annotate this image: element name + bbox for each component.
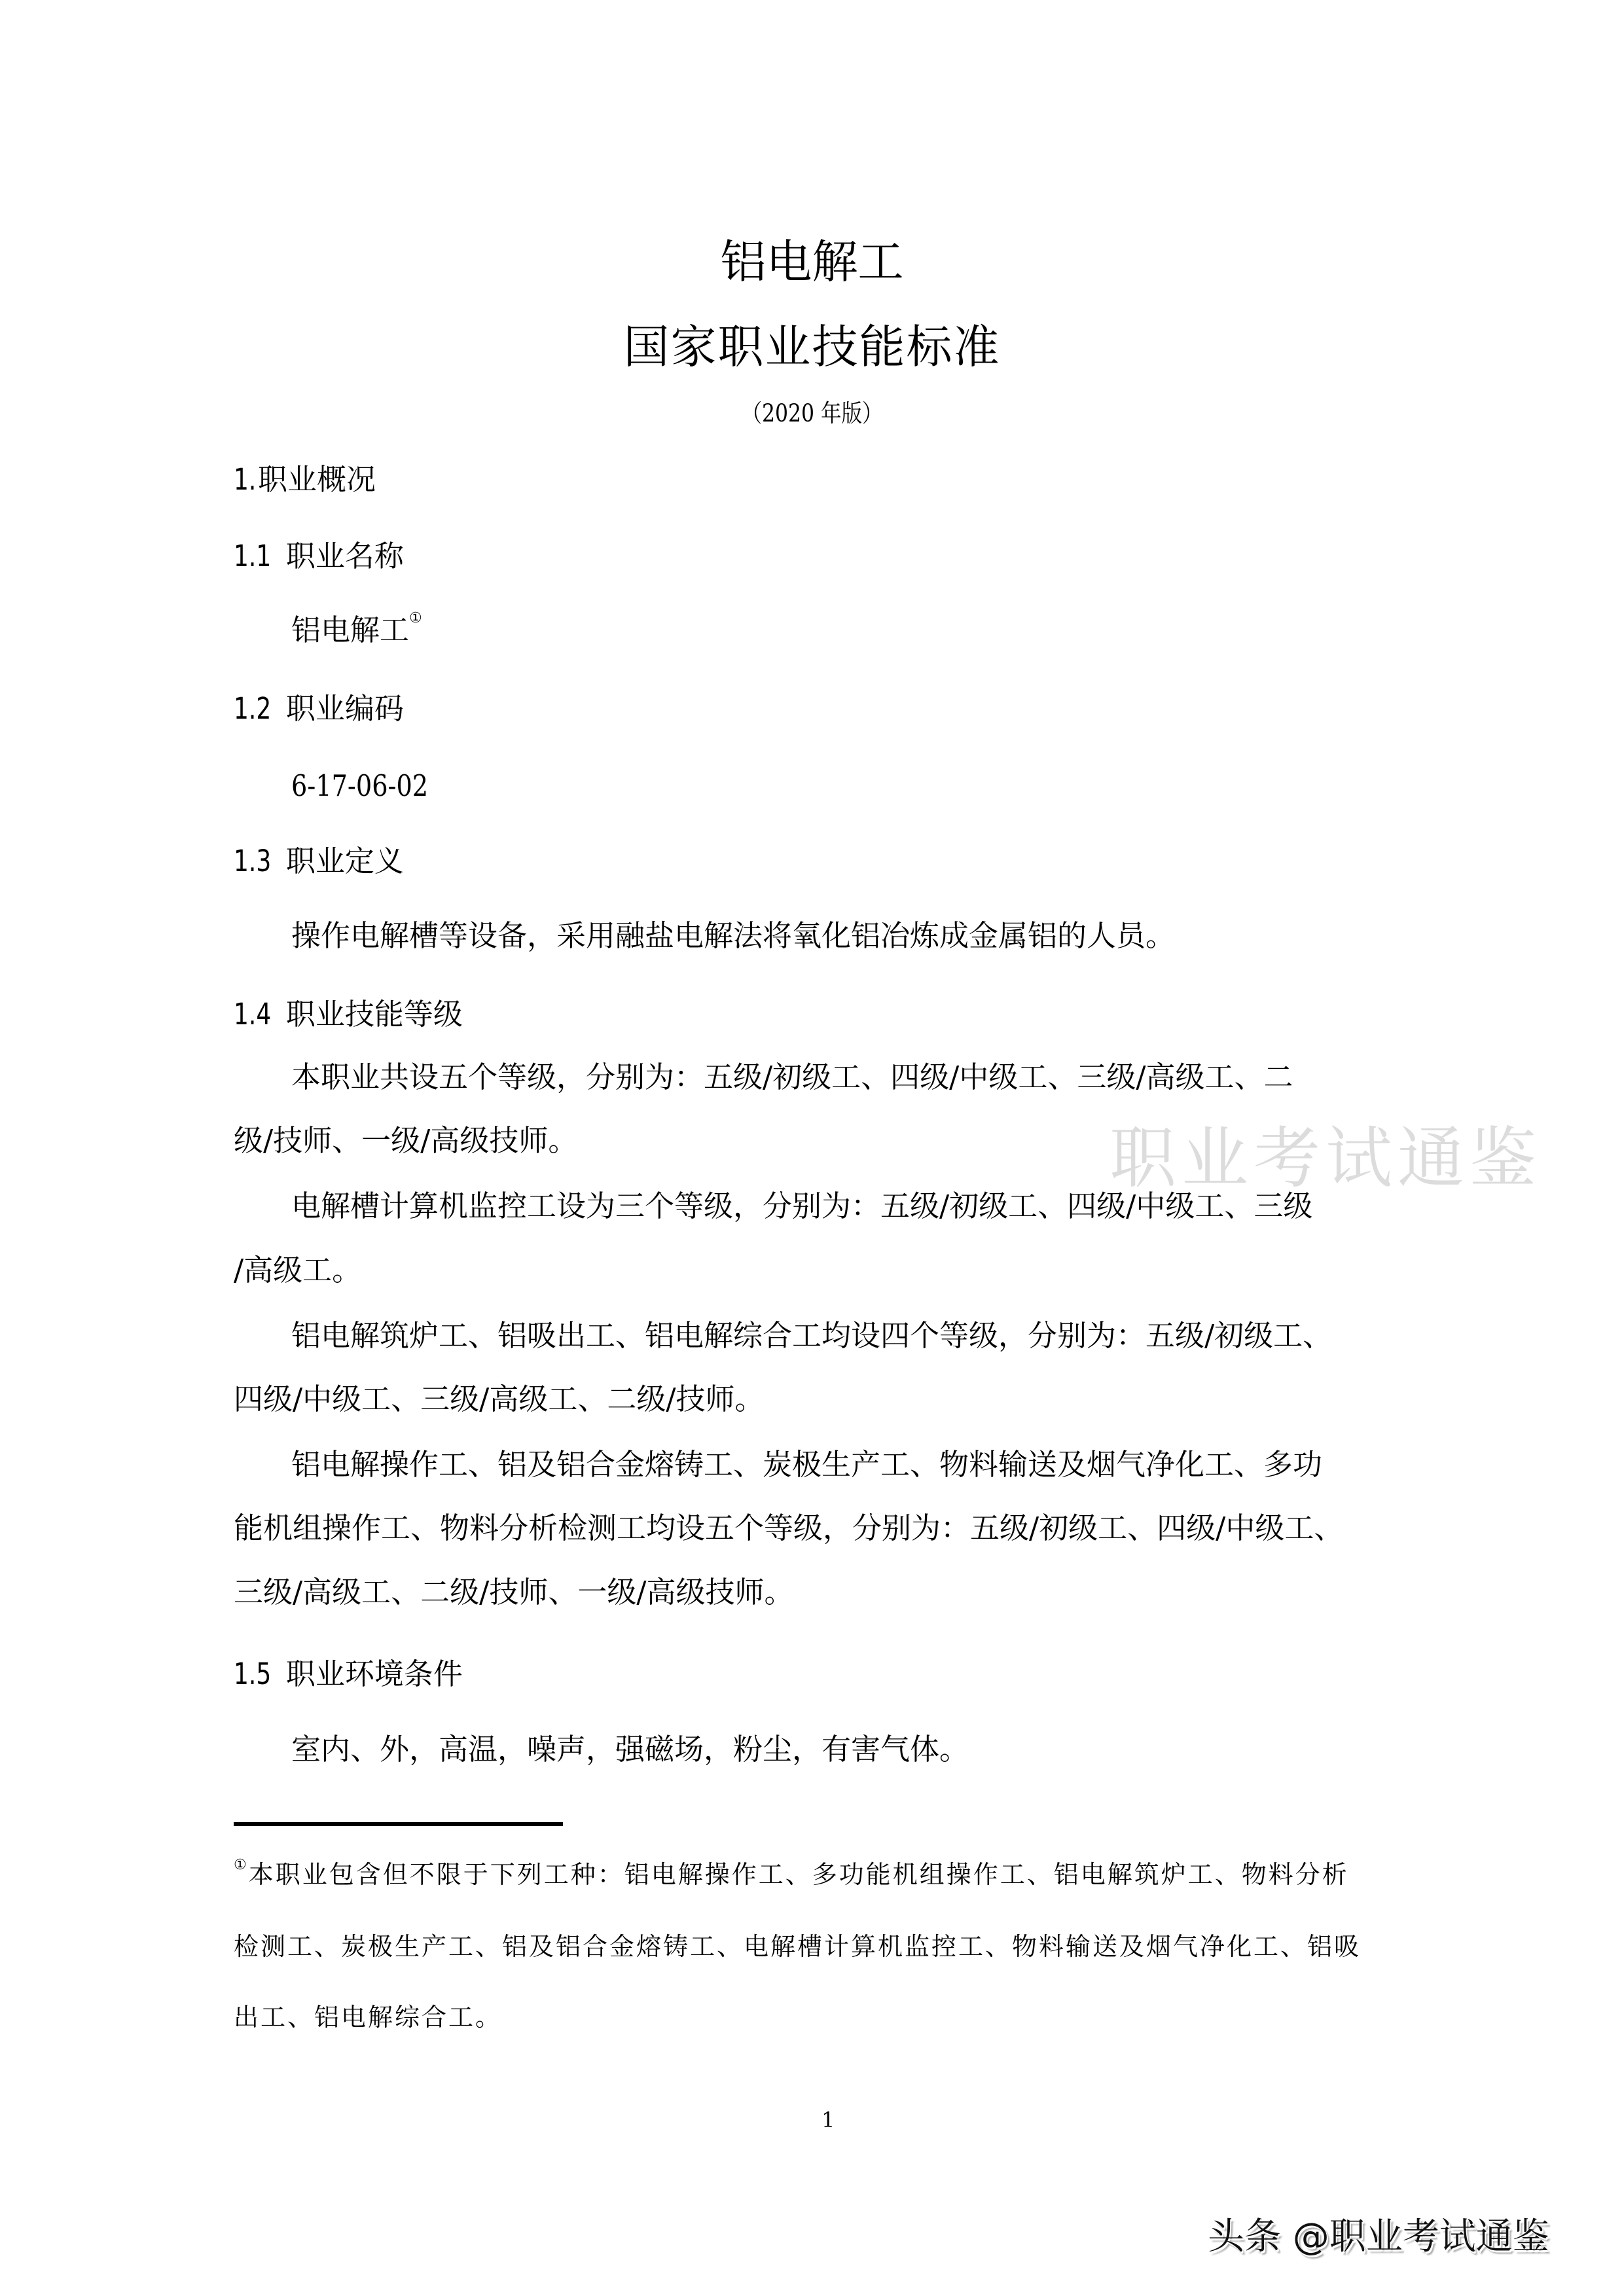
section-title: 职业环境条件 bbox=[286, 1657, 463, 1691]
document-title: 铝电解工 bbox=[0, 239, 1624, 285]
section-number: 1.5 bbox=[234, 1659, 271, 1689]
source-badge: 头条 @职业考试通鉴 bbox=[1208, 2219, 1549, 2255]
skill-level-paragraph-line: 级/技师、一级/高级技师。 bbox=[234, 1126, 577, 1155]
skill-level-paragraph-line: 能机组操作工、物料分析检测工均设五个等级，分别为：五级/初级工、四级/中级工、 bbox=[234, 1513, 1343, 1543]
occupation-name: 铝电解工① bbox=[291, 615, 422, 645]
skill-level-paragraph-line: /高级工。 bbox=[234, 1255, 361, 1285]
section-title: 职业定义 bbox=[286, 844, 404, 878]
edition-label: （2020 年版） bbox=[122, 401, 1502, 425]
section-number: 1.4 bbox=[234, 999, 271, 1029]
skill-level-paragraph-line: 铝电解操作工、铝及铝合金熔铸工、炭极生产工、物料输送及烟气净化工、多功 bbox=[291, 1450, 1322, 1479]
section-title: 职业技能等级 bbox=[286, 997, 463, 1031]
page-number: 1 bbox=[821, 2109, 835, 2130]
footnote-text: 本职业包含但不限于下列工种：铝电解操作工、多功能机组操作工、铝电解筑炉工、物料分… bbox=[249, 1860, 1349, 1889]
section-number: 1.3 bbox=[234, 846, 271, 876]
footnote-reference[interactable]: ① bbox=[409, 610, 422, 626]
occupation-definition: 操作电解槽等设备，采用融盐电解法将氧化铝冶炼成金属铝的人员。 bbox=[291, 921, 1175, 950]
section-number: 1.1 bbox=[234, 541, 271, 571]
section-number: 1. bbox=[234, 465, 256, 494]
skill-level-paragraph-line: 三级/高级工、二级/技师、一级/高级技师。 bbox=[234, 1577, 794, 1607]
skill-level-paragraph-line: 四级/中级工、三级/高级工、二级/技师。 bbox=[234, 1384, 765, 1414]
section-title: 职业名称 bbox=[286, 539, 404, 573]
footnote-line: ①本职业包含但不限于下列工种：铝电解操作工、多功能机组操作工、铝电解筑炉工、物料… bbox=[234, 1862, 1349, 1887]
footnote-line: 出工、铝电解综合工。 bbox=[234, 2005, 502, 2030]
document-subtitle: 国家职业技能标准 bbox=[0, 324, 1624, 370]
skill-level-paragraph-line: 铝电解筑炉工、铝吸出工、铝电解综合工均设四个等级，分别为：五级/初级工、 bbox=[291, 1321, 1332, 1350]
section-number: 1.2 bbox=[234, 694, 271, 723]
occupation-code: 6-17-06-02 bbox=[291, 771, 428, 800]
section-title: 职业编码 bbox=[286, 691, 404, 726]
section-heading-1-3: 1.3 职业定义 bbox=[234, 846, 404, 876]
occupation-name-text: 铝电解工 bbox=[291, 613, 409, 647]
section-heading-1-4: 1.4 职业技能等级 bbox=[234, 999, 463, 1029]
footnote-line: 检测工、炭极生产工、铝及铝合金熔铸工、电解槽计算机监控工、物料输送及烟气净化工、… bbox=[234, 1934, 1361, 1959]
section-title: 职业概况 bbox=[258, 462, 376, 497]
section-heading-1: 1.职业概况 bbox=[234, 465, 376, 494]
skill-level-paragraph-line: 本职业共设五个等级，分别为：五级/初级工、四级/中级工、三级/高级工、二 bbox=[291, 1062, 1293, 1092]
section-heading-1-1: 1.1 职业名称 bbox=[234, 541, 404, 571]
footnote-mark: ① bbox=[234, 1857, 249, 1873]
work-environment: 室内、外，高温，噪声，强磁场，粉尘，有害气体。 bbox=[291, 1734, 969, 1764]
section-heading-1-5: 1.5 职业环境条件 bbox=[234, 1659, 463, 1689]
watermark: 职业考试通鉴 bbox=[1110, 1126, 1542, 1193]
section-heading-1-2: 1.2 职业编码 bbox=[234, 694, 404, 723]
footnote-divider bbox=[234, 1822, 563, 1826]
